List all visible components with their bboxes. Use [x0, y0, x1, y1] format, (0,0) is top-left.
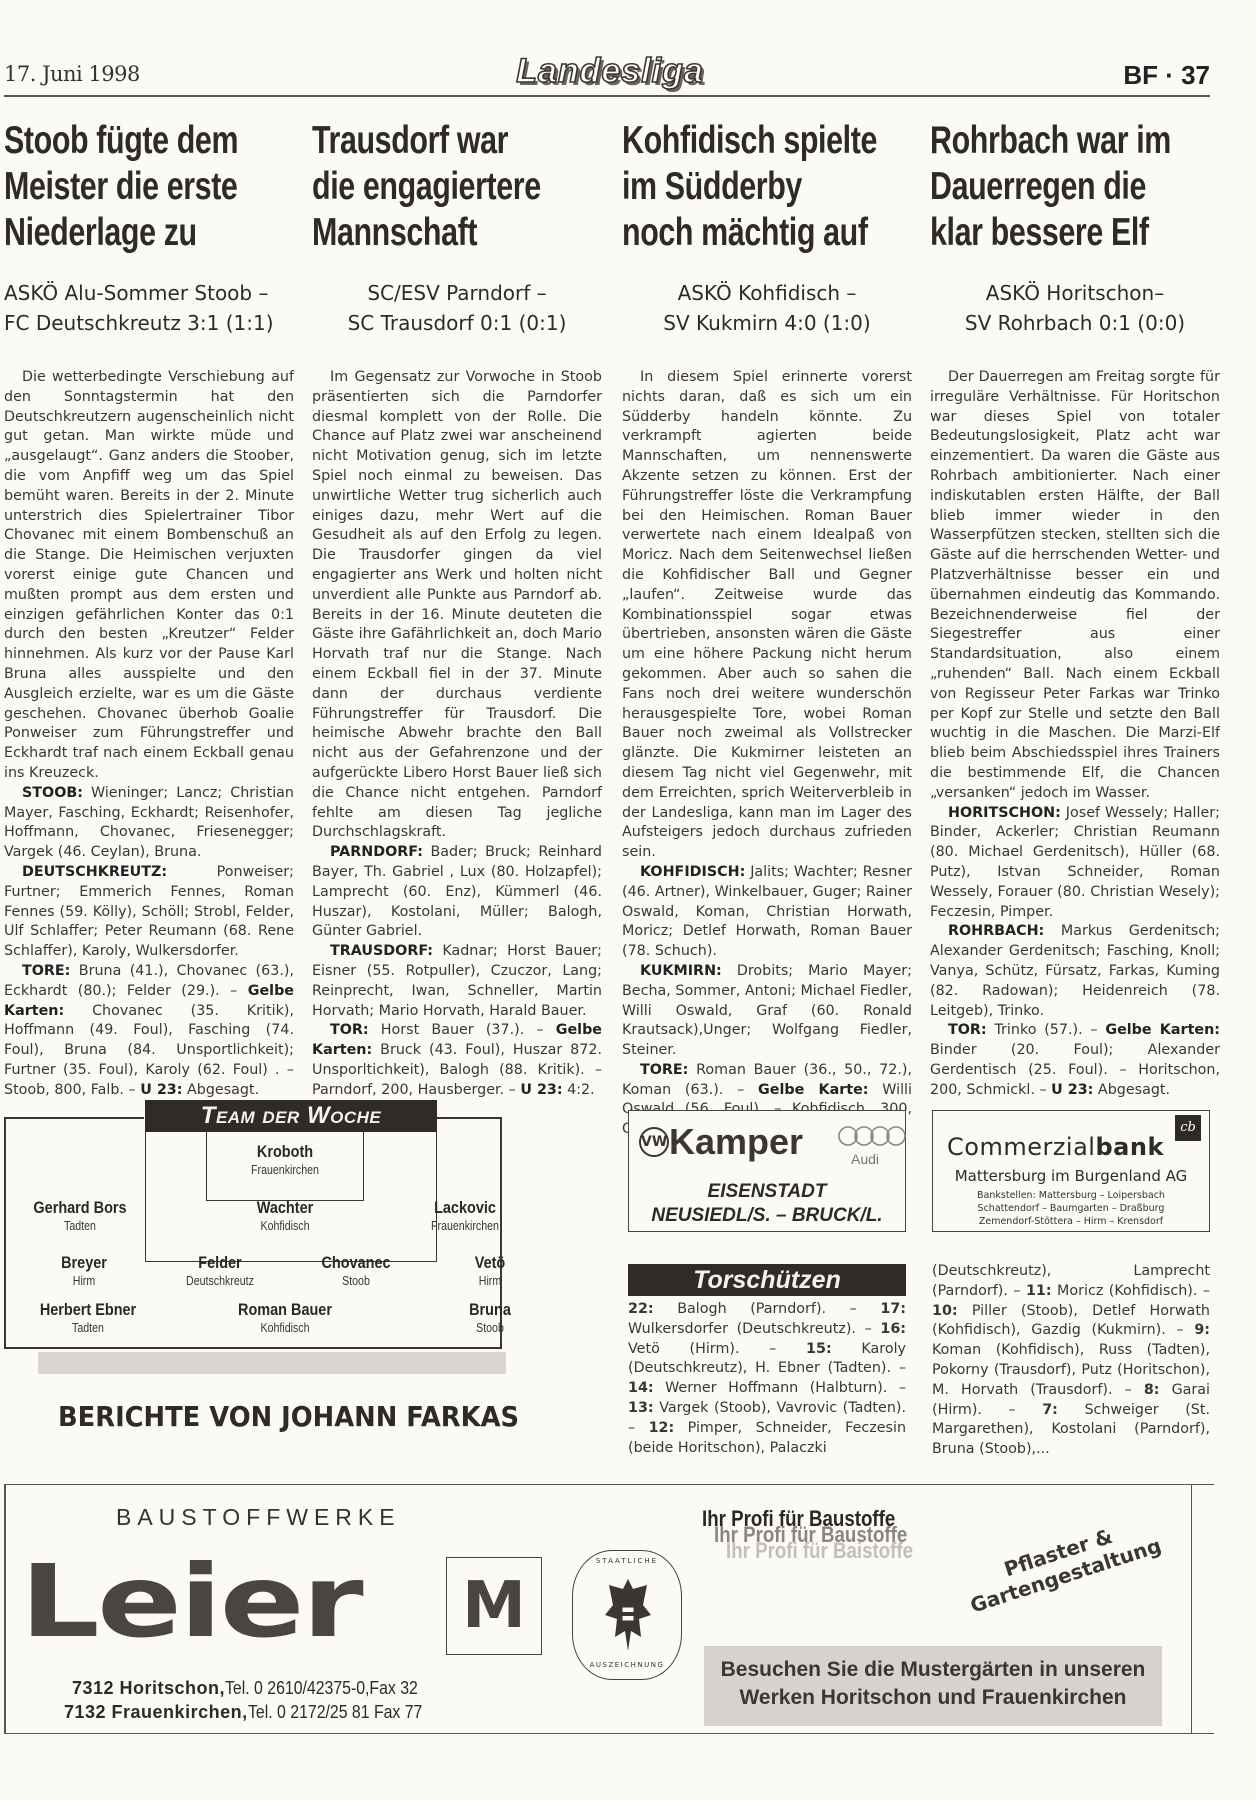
team-player: WachterKohfidisch [205, 1198, 365, 1235]
state-award-seal-icon: STAATLICHE AUSZEICHNUNG [572, 1550, 682, 1680]
team-lineup: ROHRBACH: Markus Gerdenitsch; Alexander … [930, 922, 1220, 1021]
article-text: In diesem Spiel erinnerte vorerst nichts… [622, 368, 912, 863]
match-result: ASKÖ Kohfidisch –SV Kukmirn 4:0 (1:0) [622, 278, 912, 338]
team-of-week-rule-right [435, 1117, 502, 1119]
kamper-location-2: NEUSIEDL/S. – BRUCK/L. [629, 1205, 905, 1227]
article-headline: Kohfidisch spielteim Südderbynoch mächti… [622, 118, 911, 256]
eagle-icon [603, 1575, 653, 1655]
page-number: BF · 37 [1123, 60, 1210, 91]
bank-branches: Bankstellen: Mattersburg – Loipersbach S… [933, 1189, 1209, 1228]
leier-logo: Leier [20, 1552, 361, 1652]
match-facts: TOR: Horst Bauer (37.). – Gelbe Karten: … [312, 1021, 602, 1100]
match-result: ASKÖ Alu-Sommer Stoob –FC Deutschkreutz … [4, 278, 294, 338]
team-player: BrunaStoob [410, 1300, 570, 1337]
byline: BERICHTE VON JOHANN FARKAS [58, 1400, 519, 1433]
ad-profi-baustoffe[interactable]: Ihr Profi für Baistoffe Ihr Profi für Ba… [692, 1484, 1192, 1734]
leier-kicker: BAUSTOFFWERKE [116, 1504, 401, 1531]
team-of-week-rule-left [4, 1117, 144, 1119]
team-player: Roman BauerKohfidisch [205, 1300, 365, 1337]
audi-label: Audi [851, 1151, 879, 1167]
header-divider [4, 95, 1210, 97]
article-headline: Stoob fügte demMeister die ersteNiederla… [4, 118, 293, 256]
scorers-list: 22: Balogh (Parndorf). – 17: Wulkersdorf… [628, 1300, 906, 1458]
team-lineup: KOHFIDISCH: Jalits; Wachter; Resner (46.… [622, 863, 912, 962]
team-player: LackovicFrauenkirchen [385, 1198, 545, 1235]
pflaster-tagline: Pflaster & Gartengestaltung [931, 1501, 1193, 1627]
article-text: Der Dauerregen am Freitag sorgte für irr… [930, 368, 1220, 804]
team-lineup: PARNDORF: Bader; Bruck; Reinhard Bayer, … [312, 843, 602, 942]
kamper-name: Kamper [669, 1121, 803, 1163]
article-body: In diesem Spiel erinnerte vorerst nichts… [622, 368, 912, 1140]
team-player: VetöHirm [410, 1253, 570, 1290]
audi-rings-icon [837, 1125, 907, 1147]
ad-leier-border [4, 1484, 6, 1734]
team-lineup: KUKMIRN: Drobits; Mario Mayer; Becha, So… [622, 962, 912, 1061]
team-player: Gerhard BorsTadten [0, 1198, 160, 1235]
scorers-title: Torschützen [628, 1264, 906, 1296]
bank-name: Commerzialbank [947, 1133, 1164, 1161]
leier-address-frauenkirchen: 7132 Frauenkirchen, Tel. 0 2172/25 81 Fa… [64, 1702, 446, 1723]
article-headline: Rohrbach war imDauerregen dieklar besser… [930, 118, 1219, 256]
team-of-week-title: Team der Woche [145, 1100, 437, 1132]
article-body: Der Dauerregen am Freitag sorgte für irr… [930, 368, 1220, 1100]
article-headline: Trausdorf wardie engagiertereMannschaft [312, 118, 601, 256]
team-lineup: STOOB: Wieninger; Lancz; Christian Mayer… [4, 784, 294, 863]
match-result: SC/ESV Parndorf –SC Trausdorf 0:1 (0:1) [312, 278, 602, 338]
team-player: Herbert EbnerTadten [8, 1300, 168, 1337]
match-facts: TOR: Trinko (57.). – Gelbe Karten: Binde… [930, 1021, 1220, 1100]
team-lineup: DEUTSCHKREUTZ: Ponweiser; Furtner; Emmer… [4, 863, 294, 962]
article-text: Die wetterbedingte Verschiebung auf den … [4, 368, 294, 784]
leier-address-horitschon: 7312 Horitschon,Tel. 0 2610/42375-0,Fax … [72, 1678, 444, 1699]
leier-mark-icon: M [446, 1557, 542, 1655]
article-text: Im Gegensatz zur Vorwoche in Stoob präse… [312, 368, 602, 843]
scorers-list-continued: (Deutschkreutz), Lamprecht (Parndorf). –… [932, 1262, 1210, 1460]
visit-banner: Besuchen Sie die Mustergärten in unseren… [704, 1646, 1162, 1726]
match-facts: TORE: Bruna (41.), Chovanec (63.), Eckha… [4, 962, 294, 1101]
team-of-week-shadow [38, 1352, 506, 1374]
match-result: ASKÖ Horitschon–SV Rohrbach 0:1 (0:0) [930, 278, 1220, 338]
kamper-location-1: EISENSTADT [629, 1181, 905, 1203]
team-player: KrobothFrauenkirchen [205, 1142, 365, 1179]
issue-date: 17. Juni 1998 [4, 62, 140, 86]
article-body: Die wetterbedingte Verschiebung auf den … [4, 368, 294, 1100]
vw-logo-icon: VW [639, 1127, 669, 1157]
ad-commerzialbank[interactable]: Commerzialbank cb Mattersburg im Burgenl… [932, 1110, 1210, 1232]
article-body: Im Gegensatz zur Vorwoche in Stoob präse… [312, 368, 602, 1100]
ad-kamper[interactable]: VW Kamper Audi EISENSTADT NEUSIEDL/S. – … [628, 1110, 906, 1232]
bank-subtitle: Mattersburg im Burgenland AG [933, 1167, 1209, 1185]
team-lineup: TRAUSDORF: Kadnar; Horst Bauer; Eisner (… [312, 942, 602, 1021]
bank-logo-icon: cb [1175, 1115, 1201, 1141]
slogan: Ihr Profi für Baustoffe [702, 1506, 895, 1532]
team-lineup: HORITSCHON: Josef Wessely; Haller; Binde… [930, 804, 1220, 923]
section-title: Landesliga [500, 52, 720, 91]
